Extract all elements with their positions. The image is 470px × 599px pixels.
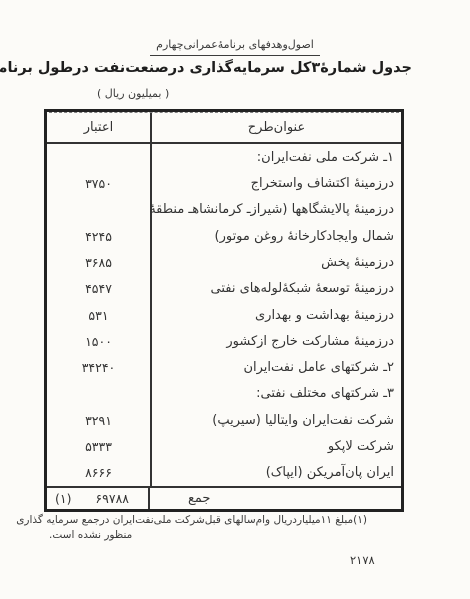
total-label: جمع [188, 491, 210, 506]
table-row: ۵۳۱ درزمینۀ بهداشت و بهداری [47, 302, 401, 328]
table-row: ۳۲۹۱ شرکت نفت‌ایران وایتالیا (سیریپ) [47, 407, 401, 433]
footnote-line-1: (۱)مبلغ ۱۱میلیاردریال وام‌سالهای قبل‌شرک… [16, 514, 367, 526]
row-project-label: شرکت لاپکو [152, 433, 401, 459]
row-project-label: شمال وایجادکارخانۀ روغن موتور) [152, 223, 401, 249]
row-credit-value: ۵۳۳۳ [47, 433, 152, 459]
total-credit-cell: (۱) ۶۹۷۸۸ [47, 488, 150, 509]
row-project-label: ۳ـ شرکتهای مختلف نفتی: [152, 381, 401, 407]
row-project-label: ایران پان‌آمریکن (ایپاک) [152, 460, 401, 486]
row-credit-value: ۱۵۰۰ [47, 328, 152, 354]
unit-note: ( بمیلیون ریال ) [97, 87, 169, 100]
table-row: ۳۶۸۵ درزمینۀ پخش [47, 249, 401, 275]
table-row: ۳۷۵۰ درزمینۀ اکتشاف واستخراج [47, 170, 401, 196]
page-number: ۲۱۷۸ [350, 553, 375, 567]
table-row: ۱۵۰۰ درزمینۀ مشارکت خارج ازکشور [47, 328, 401, 354]
row-project-label: درزمینۀ پالایشگاهها (شیرازـ کرمانشاهـ من… [152, 197, 401, 223]
row-project-label: شرکت نفت‌ایران وایتالیا (سیریپ) [152, 407, 401, 433]
row-project-label: درزمینۀ اکتشاف واستخراج [152, 170, 401, 196]
row-credit-value [47, 144, 152, 170]
row-credit-value: ۳۲۹۱ [47, 407, 152, 433]
total-footnote-marker: (۱) [55, 491, 71, 506]
table-title: جدول شمارۀ۳کل سرمایه‌گذاری درصنعت‌نفت در… [0, 60, 412, 76]
row-project-label: درزمینۀ مشارکت خارج ازکشور [152, 328, 401, 354]
row-credit-value: ۴۵۴۷ [47, 276, 152, 302]
row-credit-value [47, 381, 152, 407]
row-project-label: درزمینۀ بهداشت و بهداری [152, 302, 401, 328]
investment-table: اعتبار عنوان‌طرح ۱ـ شرکت ملی نفت‌ایران: … [44, 109, 404, 512]
row-project-label: ۲ـ شرکتهای عامل نفت‌ایران [152, 355, 401, 381]
table-body: ۱ـ شرکت ملی نفت‌ایران: ۳۷۵۰ درزمینۀ اکتش… [47, 144, 401, 486]
table-row: ۴۵۴۷ درزمینۀ توسعۀ شبکۀلوله‌های نفتی [47, 276, 401, 302]
row-project-label: ۱ـ شرکت ملی نفت‌ایران: [152, 144, 401, 170]
total-label-cell: جمع [150, 488, 401, 509]
table-row: ۱ـ شرکت ملی نفت‌ایران: [47, 144, 401, 170]
table-row: ۳ـ شرکتهای مختلف نفتی: [47, 381, 401, 407]
credit-column-header: اعتبار [47, 112, 152, 142]
table-header-row: اعتبار عنوان‌طرح [47, 112, 401, 144]
table-row: ۵۳۳۳ شرکت لاپکو [47, 433, 401, 459]
total-value: ۶۹۷۸۸ [95, 491, 129, 506]
row-credit-value: ۸۶۶۶ [47, 460, 152, 486]
row-credit-value [47, 197, 152, 223]
table-row: ۴۲۴۵ شمال وایجادکارخانۀ روغن موتور) [47, 223, 401, 249]
row-credit-value: ۳۶۸۵ [47, 249, 152, 275]
row-project-label: درزمینۀ پخش [152, 249, 401, 275]
table-row: ۸۶۶۶ ایران پان‌آمریکن (ایپاک) [47, 460, 401, 486]
table-row: درزمینۀ پالایشگاهها (شیرازـ کرمانشاهـ من… [47, 197, 401, 223]
table-row: ۳۴۲۴۰ ۲ـ شرکتهای عامل نفت‌ایران [47, 355, 401, 381]
table-inner-border-line [49, 112, 399, 113]
row-credit-value: ۵۳۱ [47, 302, 152, 328]
project-column-header: عنوان‌طرح [152, 112, 401, 142]
table-total-row: (۱) ۶۹۷۸۸ جمع [47, 486, 401, 509]
chapter-heading: اصول‌وهدفهای برنامۀعمرانی‌چهارم [150, 38, 320, 56]
scanned-document-page: اصول‌وهدفهای برنامۀعمرانی‌چهارم جدول شما… [0, 0, 470, 599]
footnote-line-2: منظور نشده است. [49, 529, 132, 541]
row-credit-value: ۳۷۵۰ [47, 170, 152, 196]
row-project-label: درزمینۀ توسعۀ شبکۀلوله‌های نفتی [152, 276, 401, 302]
row-credit-value: ۴۲۴۵ [47, 223, 152, 249]
row-credit-value: ۳۴۲۴۰ [47, 355, 152, 381]
